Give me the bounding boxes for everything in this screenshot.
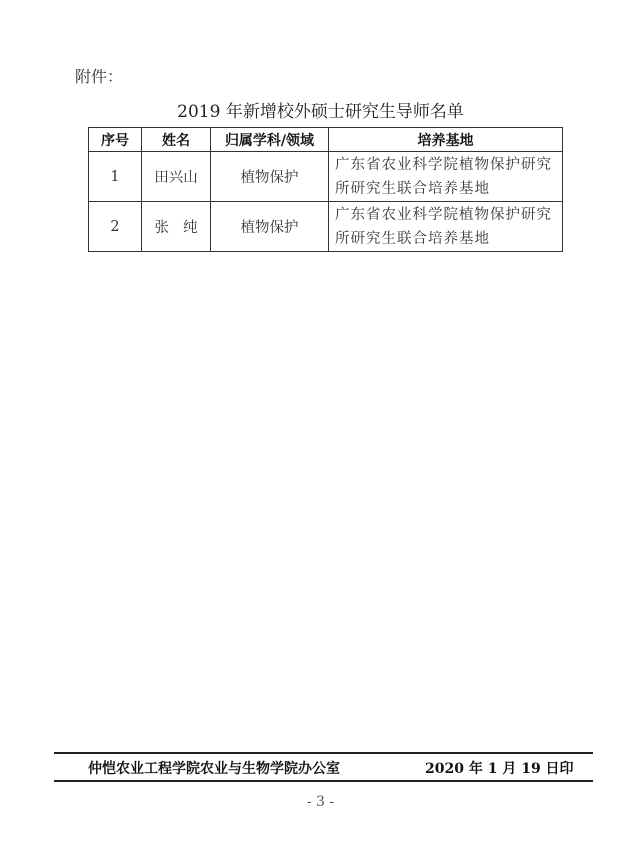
header-base: 培养基地 <box>329 128 563 152</box>
cell-base: 广东省农业科学院植物保护研究所研究生联合培养基地 <box>329 152 563 202</box>
footer-organization: 仲恺农业工程学院农业与生物学院办公室 <box>88 758 340 778</box>
table-header-row: 序号 姓名 归属学科/领域 培养基地 <box>89 128 563 152</box>
table-row: 2 张纯 植物保护 广东省农业科学院植物保护研究所研究生联合培养基地 <box>89 202 563 252</box>
attachment-label: 附件： <box>75 64 123 87</box>
footer: 仲恺农业工程学院农业与生物学院办公室 2020 年 1 月 19 日印 <box>54 758 593 778</box>
cell-name: 田兴山 <box>142 152 211 202</box>
cell-discipline: 植物保护 <box>211 202 329 252</box>
footer-print-date: 2020 年 1 月 19 日印 <box>425 758 574 778</box>
cell-index: 2 <box>89 202 142 252</box>
header-name: 姓名 <box>142 128 211 152</box>
cell-name-text: 张纯 <box>155 220 212 236</box>
table-row: 1 田兴山 植物保护 广东省农业科学院植物保护研究所研究生联合培养基地 <box>89 152 563 202</box>
cell-index: 1 <box>89 152 142 202</box>
footer-top-rule <box>54 752 593 754</box>
supervisor-table: 序号 姓名 归属学科/领域 培养基地 1 田兴山 植物保护 广东省农业科学院植物… <box>88 127 563 252</box>
document-title: 2019 年新增校外硕士研究生导师名单 <box>0 97 641 122</box>
cell-name: 张纯 <box>142 202 211 252</box>
footer-bottom-rule <box>54 780 593 782</box>
page-number: - 3 - <box>0 794 641 810</box>
cell-discipline: 植物保护 <box>211 152 329 202</box>
header-discipline: 归属学科/领域 <box>211 128 329 152</box>
header-index: 序号 <box>89 128 142 152</box>
cell-base: 广东省农业科学院植物保护研究所研究生联合培养基地 <box>329 202 563 252</box>
